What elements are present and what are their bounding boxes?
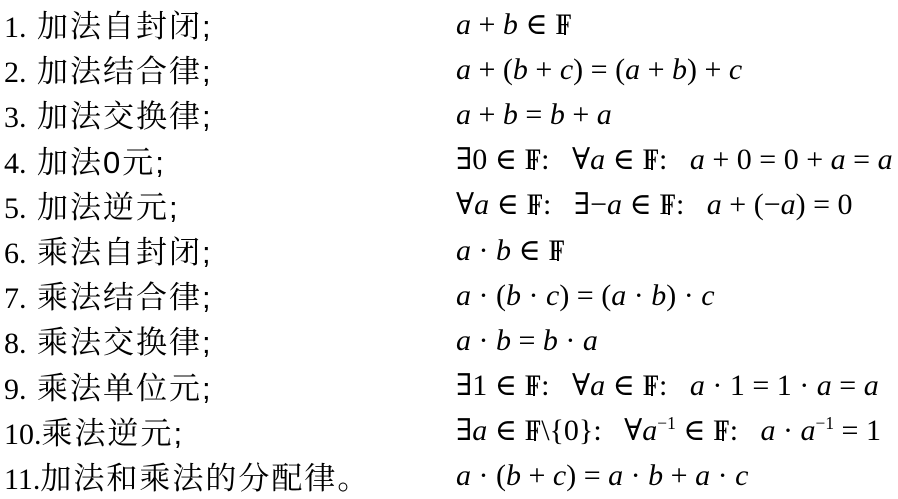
axiom-name: 加法逆元;: [37, 182, 180, 227]
axiom-name: 乘法自封闭;: [37, 227, 213, 272]
axiom-label: 1. 加法自封闭;: [4, 1, 456, 46]
axiom-formula: ∃1 ∈ F: ∀a ∈ F: a · 1 = 1 · a = a: [456, 366, 898, 406]
axiom-number: 3.: [4, 101, 37, 135]
axiom-formula: a + b ∈ F: [456, 5, 898, 45]
axiom-label: 11. 加法和乘法的分配律。: [4, 453, 456, 498]
axiom-row: 6. 乘法自封闭; a · b ∈ F: [4, 227, 898, 272]
axiom-row: 3. 加法交换律; a + b = b + a: [4, 91, 898, 136]
axiom-number: 11.: [4, 463, 40, 497]
axiom-name: 乘法交换律;: [37, 317, 213, 362]
axiom-label: 10. 乘法逆元;: [4, 408, 456, 453]
axiom-label: 7. 乘法结合律;: [4, 272, 456, 317]
axiom-label: 9. 乘法单位元;: [4, 363, 456, 408]
axiom-row: 1. 加法自封闭; a + b ∈ F: [4, 1, 898, 46]
axiom-number: 4.: [4, 147, 37, 181]
axiom-number: 5.: [4, 192, 37, 226]
axiom-formula: a · b ∈ F: [456, 231, 898, 271]
axiom-formula: a + (b + c) = (a + b) + c: [456, 50, 898, 90]
axiom-name: 加法结合律;: [37, 46, 213, 91]
axiom-number: 7.: [4, 282, 37, 316]
axiom-formula: ∃a ∈ F\{0}: ∀a−1 ∈ F: a · a−1 = 1: [456, 411, 898, 451]
axiom-formula: a · (b · c) = (a · b) · c: [456, 276, 898, 316]
axiom-row: 4. 加法0元; ∃0 ∈ F: ∀a ∈ F: a + 0 = 0 + a =…: [4, 137, 898, 182]
axiom-label: 8. 乘法交换律;: [4, 317, 456, 362]
axiom-formula: a · (b + c) = a · b + a · c: [456, 456, 898, 496]
axiom-row: 9. 乘法单位元; ∃1 ∈ F: ∀a ∈ F: a · 1 = 1 · a …: [4, 363, 898, 408]
axiom-formula: ∃0 ∈ F: ∀a ∈ F: a + 0 = 0 + a = a: [456, 140, 898, 180]
axiom-label: 2. 加法结合律;: [4, 46, 456, 91]
axiom-row: 11. 加法和乘法的分配律。 a · (b + c) = a · b + a ·…: [4, 453, 898, 498]
axiom-row: 7. 乘法结合律; a · (b · c) = (a · b) · c: [4, 272, 898, 317]
axiom-number: 6.: [4, 237, 37, 271]
axiom-number: 10.: [4, 418, 42, 452]
axiom-name: 乘法逆元;: [42, 408, 185, 453]
axiom-formula: a + b = b + a: [456, 95, 898, 135]
axiom-label: 5. 加法逆元;: [4, 182, 456, 227]
field-axioms-sheet: 1. 加法自封闭; a + b ∈ F 2. 加法结合律; a + (b + c…: [0, 0, 898, 499]
axiom-row: 2. 加法结合律; a + (b + c) = (a + b) + c: [4, 46, 898, 91]
axiom-row: 8. 乘法交换律; a · b = b · a: [4, 317, 898, 362]
axiom-name: 乘法结合律;: [37, 272, 213, 317]
axiom-name: 加法和乘法的分配律。: [40, 453, 370, 498]
axiom-formula: ∀a ∈ F: ∃−a ∈ F: a + (−a) = 0: [456, 185, 898, 225]
axiom-row: 10. 乘法逆元; ∃a ∈ F\{0}: ∀a−1 ∈ F: a · a−1 …: [4, 408, 898, 453]
axiom-formula: a · b = b · a: [456, 321, 898, 361]
axiom-name: 乘法单位元;: [37, 363, 213, 408]
axiom-label: 6. 乘法自封闭;: [4, 227, 456, 272]
axiom-number: 8.: [4, 327, 37, 361]
axiom-label: 4. 加法0元;: [4, 137, 456, 182]
axiom-name: 加法自封闭;: [37, 1, 213, 46]
axiom-number: 1.: [4, 11, 37, 45]
axiom-row: 5. 加法逆元; ∀a ∈ F: ∃−a ∈ F: a + (−a) = 0: [4, 182, 898, 227]
axiom-name: 加法交换律;: [37, 91, 213, 136]
axiom-name: 加法0元;: [37, 137, 166, 182]
axiom-label: 3. 加法交换律;: [4, 91, 456, 136]
axiom-number: 2.: [4, 56, 37, 90]
axiom-number: 9.: [4, 373, 37, 407]
